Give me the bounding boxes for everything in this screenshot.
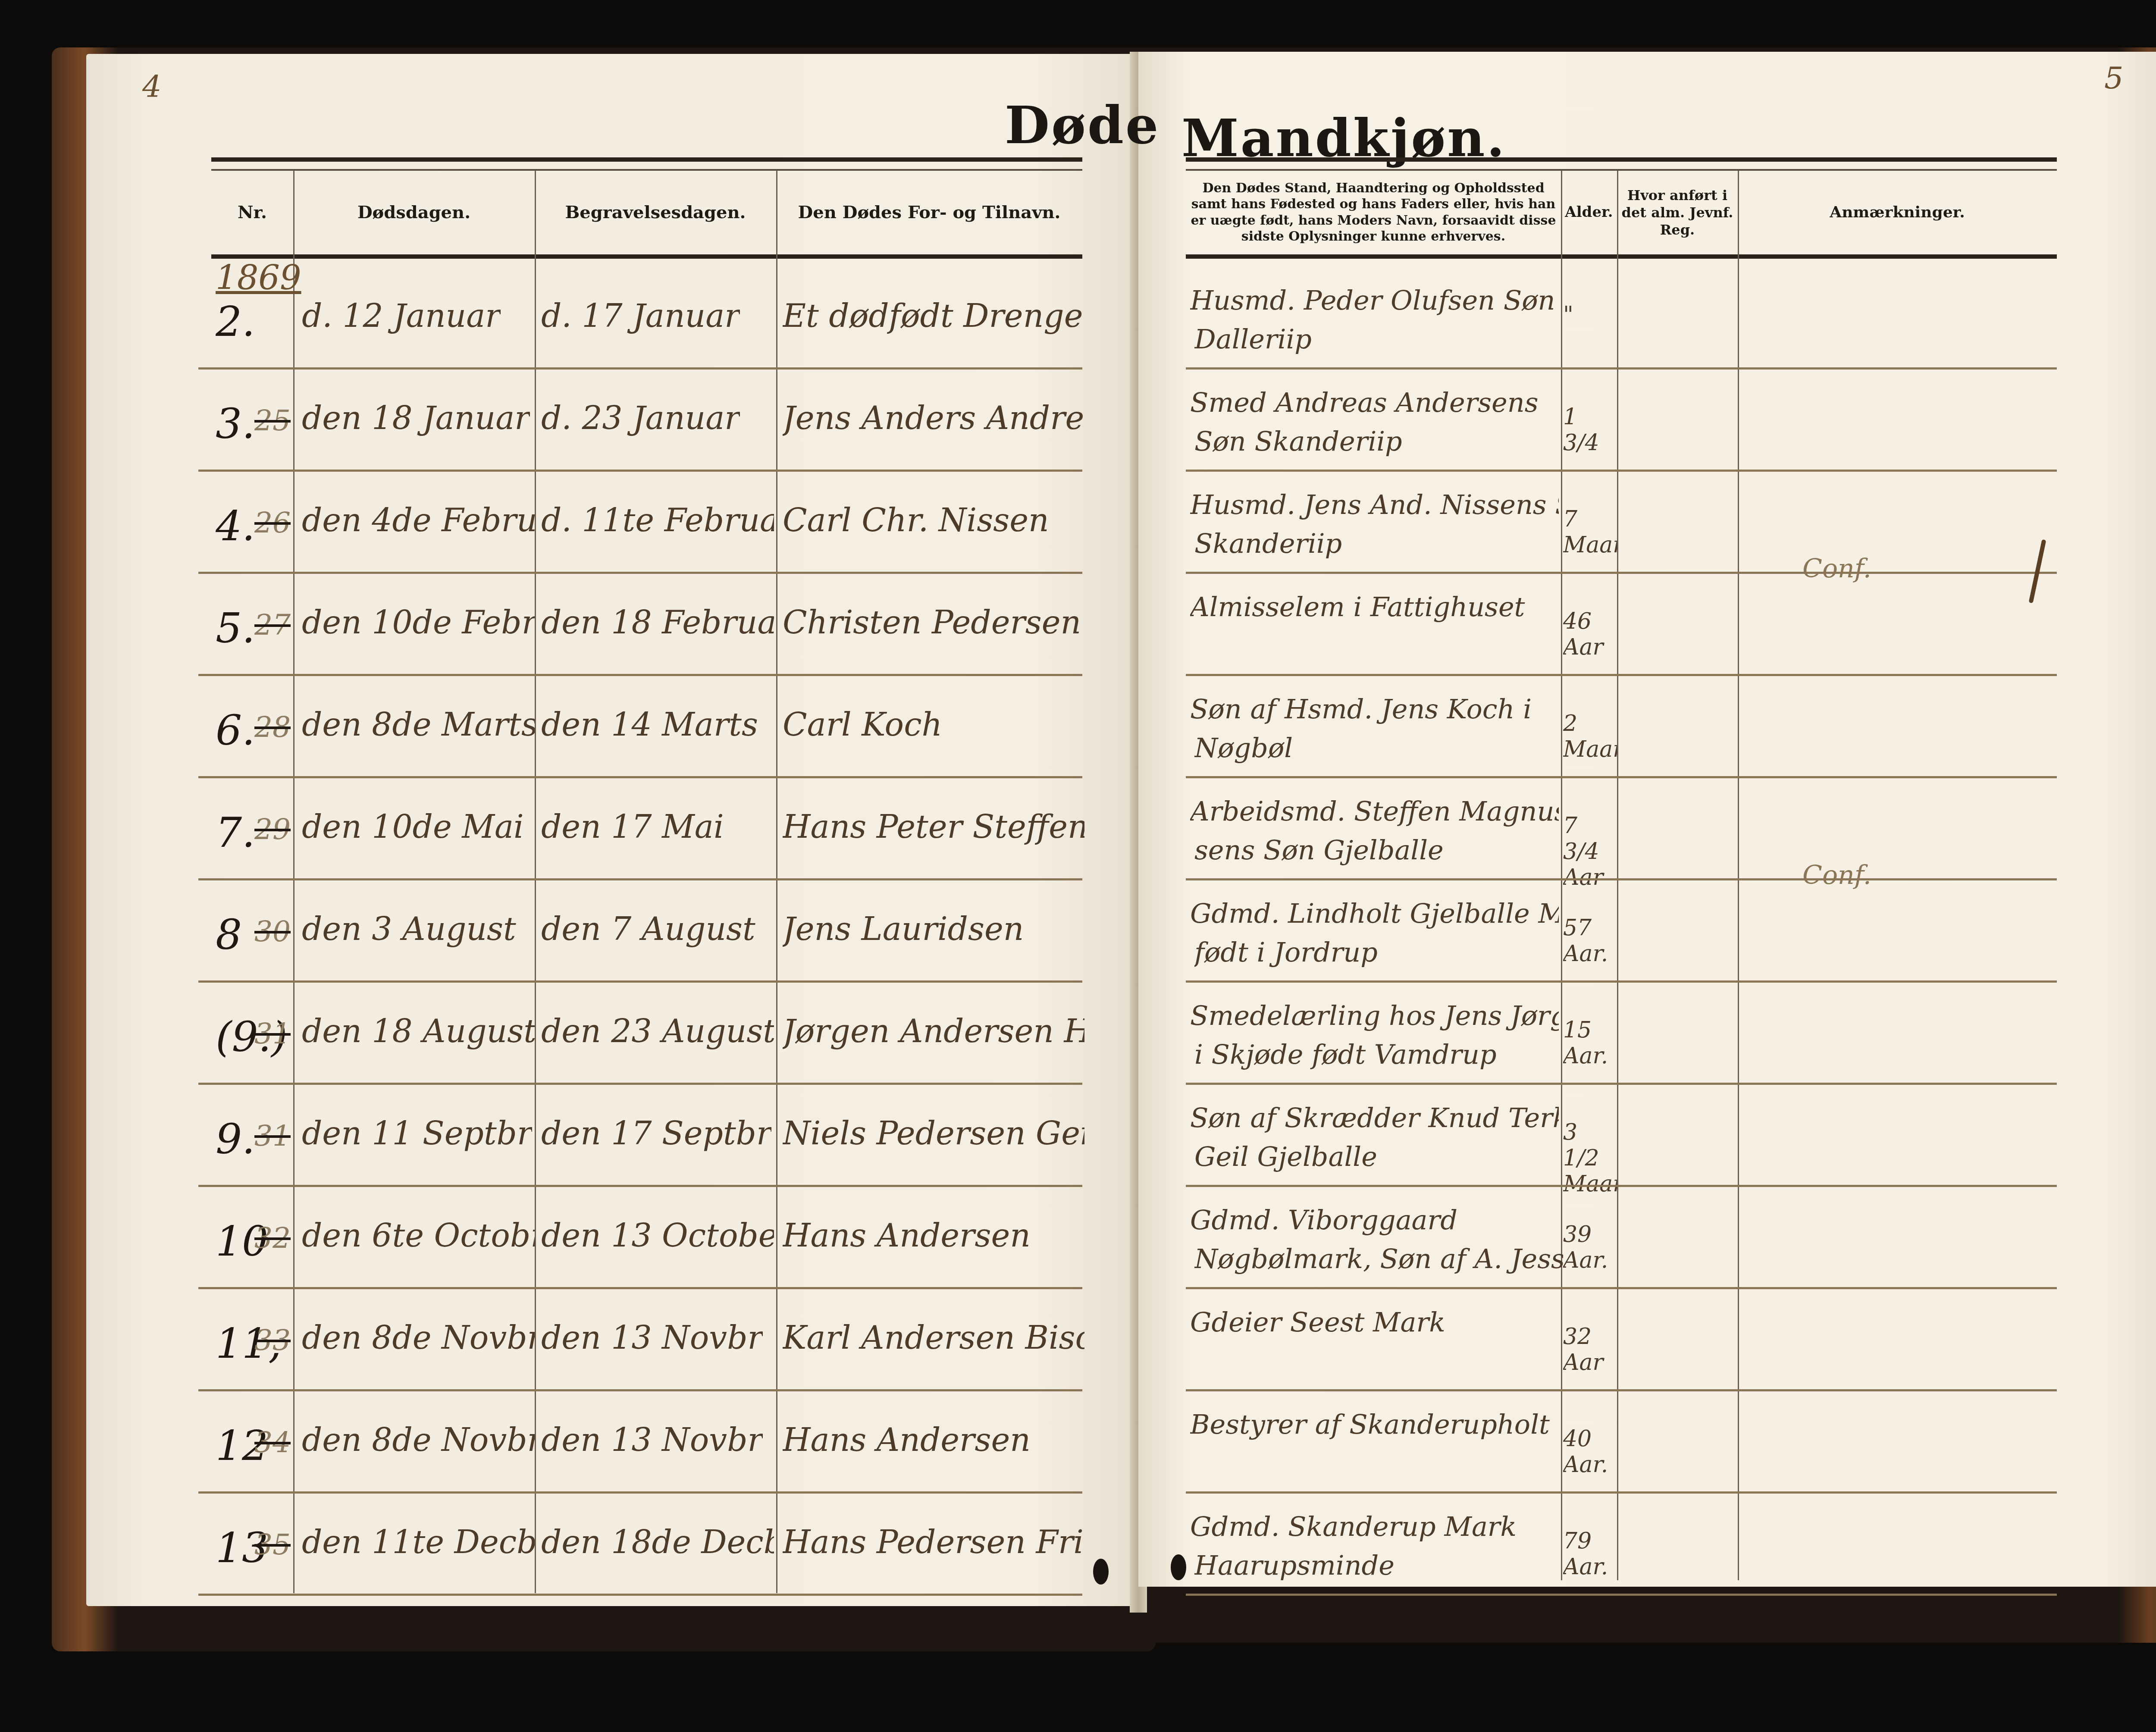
entry-status-line1: Gdmd. Viborggaard xyxy=(1190,1204,1457,1236)
entry-death-date: den 10de Februar xyxy=(302,604,535,641)
header-bottom-rule-left xyxy=(211,254,1082,259)
column-header-remarks: Anmærkninger. xyxy=(1738,172,2057,252)
header-top-rule-right xyxy=(1186,157,2057,162)
entry-name: Jens Lauridsen xyxy=(783,911,1024,948)
entry-death-date: den 11te Decbr xyxy=(302,1524,535,1561)
column-rule xyxy=(776,170,777,1593)
row-rule-left xyxy=(198,674,1082,676)
row-rule-left xyxy=(198,878,1082,880)
entry-old-number: 32 xyxy=(254,1221,291,1255)
entry-number: 2. xyxy=(216,298,255,346)
entry-old-number: 31 xyxy=(254,1119,291,1153)
entry-remark: Conf. xyxy=(1802,554,1871,584)
entry-death-date: den 8de Marts xyxy=(302,706,535,743)
entry-death-date: den 18 August xyxy=(302,1013,535,1050)
register-title-left: Døde xyxy=(1005,95,1160,156)
entry-status-line1: Søn af Skrædder Knud Terkelsen xyxy=(1190,1102,1559,1134)
row-rule-right xyxy=(1186,1594,2057,1596)
row-rule-left xyxy=(198,980,1082,983)
entry-age: 7 Maaneder xyxy=(1563,506,1617,558)
entry-status-line2: Geil Gjelballe xyxy=(1194,1141,1377,1172)
header-top-subrule-right xyxy=(1186,169,2057,171)
entry-name: Carl Chr. Nissen xyxy=(783,502,1049,539)
column-header-status: Den Dødes Stand, Haandtering og Opholdss… xyxy=(1186,172,1561,252)
entry-death-date: den 3 August xyxy=(302,911,516,948)
entry-status-line2: Haarupsminde xyxy=(1194,1550,1395,1581)
column-header-death-date: Dødsdagen. xyxy=(293,172,535,252)
row-rule-right xyxy=(1186,470,2057,472)
entry-status-line2: i Skjøde født Vamdrup xyxy=(1194,1039,1497,1070)
entry-name: Hans Peter Steffensen xyxy=(783,808,1084,846)
row-rule-right xyxy=(1186,776,2057,778)
entry-status-line2: sens Søn Gjelballe xyxy=(1194,834,1444,866)
entry-status-line1: Bestyrer af Skanderupholt xyxy=(1190,1409,1550,1440)
row-rule-left xyxy=(198,1185,1082,1187)
row-rule-right xyxy=(1186,980,2057,983)
entry-number: 6. xyxy=(216,706,255,755)
column-header-burial-date: Begravelsesdagen. xyxy=(535,172,776,252)
entry-name: Niels Pedersen Geil xyxy=(783,1115,1084,1152)
entry-status-line2: født i Jordrup xyxy=(1194,936,1378,968)
column-rule xyxy=(1561,170,1562,1580)
entry-status-line1: Smedelærling hos Jens Jørgensen xyxy=(1190,1000,1559,1031)
entry-burial-date: den 23 August paa Vamdrup Kgd. xyxy=(541,1013,774,1050)
entry-name: Hans Andersen xyxy=(783,1422,1031,1459)
header-bottom-rule-right xyxy=(1186,254,2057,259)
column-rule xyxy=(535,170,536,1593)
entry-status-line2: Søn Skanderiip xyxy=(1194,426,1402,457)
entry-age: 32 Aar xyxy=(1563,1324,1617,1375)
entry-name: Jørgen Andersen Hansen xyxy=(783,1013,1084,1050)
entry-old-number: 35 xyxy=(254,1528,291,1561)
row-rule-right xyxy=(1186,1287,2057,1289)
row-rule-left xyxy=(198,1287,1082,1289)
entry-death-date: den 18 Januar xyxy=(302,400,530,437)
row-rule-left xyxy=(198,1491,1082,1494)
row-rule-left xyxy=(198,1389,1082,1391)
entry-age: 57 Aar. xyxy=(1563,915,1617,967)
row-rule-left xyxy=(198,367,1082,370)
column-rule xyxy=(1617,170,1618,1580)
entry-age: 15 Aar. xyxy=(1563,1017,1617,1069)
column-rule xyxy=(1738,170,1739,1580)
entry-status-line1: Husmd. Jens And. Nissens Søn xyxy=(1190,489,1559,520)
entry-number: 8 xyxy=(216,911,242,959)
entry-old-number: 27 xyxy=(254,608,291,642)
entry-burial-date: den 18de Decbr xyxy=(541,1524,774,1561)
entry-death-date: d. 12 Januar xyxy=(302,298,501,335)
entry-old-number: 34 xyxy=(254,1426,291,1459)
row-rule-right xyxy=(1186,1389,2057,1391)
entry-status-line2: Skanderiip xyxy=(1194,528,1342,559)
row-rule-right xyxy=(1186,1185,2057,1187)
header-top-subrule-left xyxy=(211,169,1082,171)
entry-age: 1 3/4 xyxy=(1563,404,1617,456)
entry-burial-date: den 18 Februar xyxy=(541,604,774,641)
right-page-number: 5 xyxy=(2104,60,2124,96)
entry-death-date: den 10de Mai xyxy=(302,808,524,846)
entry-status-line1: Gdeier Seest Mark xyxy=(1190,1306,1445,1338)
entry-status-line1: Søn af Hsmd. Jens Koch i xyxy=(1190,693,1532,725)
entry-death-date: den 6te Octobr xyxy=(302,1217,535,1254)
year-marker: 1869 xyxy=(216,259,301,298)
entry-death-date: den 4de Februar xyxy=(302,502,535,539)
entry-number: 7. xyxy=(216,808,255,857)
entry-name: Christen Pedersen Madsen xyxy=(783,604,1084,641)
entry-burial-date: d. 23 Januar xyxy=(541,400,740,437)
entry-death-date: den 8de Novbr xyxy=(302,1319,535,1356)
row-rule-left xyxy=(198,776,1082,778)
entry-name: Et dødfødt Drengebarn xyxy=(783,298,1084,335)
entry-name: Hans Andersen xyxy=(783,1217,1031,1254)
entry-number: 9. xyxy=(216,1115,255,1163)
entry-burial-date: den 13 Novbr xyxy=(541,1422,763,1459)
entry-name: Jens Anders Andreasen xyxy=(783,400,1084,437)
entry-age: 2 Maaned xyxy=(1563,711,1617,762)
binding-hole xyxy=(1093,1559,1109,1585)
entry-burial-date: den 13 Novbr xyxy=(541,1319,763,1356)
entry-old-number: 31 xyxy=(254,1017,291,1050)
entry-number: 3. xyxy=(216,400,255,448)
entry-old-number: 28 xyxy=(254,711,291,744)
entry-age: 46 Aar xyxy=(1563,608,1617,660)
row-rule-left xyxy=(198,1083,1082,1085)
row-rule-right xyxy=(1186,878,2057,880)
entry-number: 4. xyxy=(216,502,255,550)
entry-age: 39 Aar. xyxy=(1563,1221,1617,1273)
entry-death-date: den 11 Septbr xyxy=(302,1115,532,1152)
entry-death-date: den 8de Novbr xyxy=(302,1422,535,1459)
entry-age: " xyxy=(1563,302,1573,328)
entry-old-number: 25 xyxy=(254,404,291,437)
entry-burial-date: den 17 Septbr xyxy=(541,1115,771,1152)
row-rule-left xyxy=(198,470,1082,472)
entry-number: 5. xyxy=(216,604,255,652)
entry-age: 79 Aar. xyxy=(1563,1528,1617,1580)
column-header-age: Alder. xyxy=(1561,172,1617,252)
entry-status-line2: Nøgbølmark, Søn af A. Jessen xyxy=(1194,1243,1563,1275)
entry-status-line1: Gdmd. Skanderup Mark xyxy=(1190,1511,1517,1542)
row-rule-left xyxy=(198,1594,1082,1596)
row-rule-right xyxy=(1186,1083,2057,1085)
row-rule-left xyxy=(198,572,1082,574)
column-header-register-ref: Hvor anført i det alm. Jevnf. Reg. xyxy=(1617,172,1738,252)
entry-burial-date: den 14 Marts xyxy=(541,706,758,743)
entry-burial-date: den 13 October xyxy=(541,1217,774,1254)
entry-burial-date: den 7 August xyxy=(541,911,755,948)
column-header-name: Den Dødes For- og Tilnavn. xyxy=(776,172,1082,252)
column-header-nr: Nr. xyxy=(211,172,293,252)
entry-name: Karl Andersen Bisch xyxy=(783,1319,1084,1356)
binding-hole xyxy=(1171,1554,1186,1580)
header-top-rule-left xyxy=(211,157,1082,162)
entry-name: Carl Koch xyxy=(783,706,942,743)
entry-status-line1: Husmd. Peder Olufsen Søn xyxy=(1190,285,1555,316)
entry-status-line2: Nøgbøl xyxy=(1194,732,1293,764)
entry-old-number: 30 xyxy=(254,915,291,948)
entry-old-number: 33 xyxy=(254,1324,291,1357)
row-rule-right xyxy=(1186,572,2057,574)
entry-old-number: 26 xyxy=(254,506,291,539)
entry-status-line2: Dalleriip xyxy=(1194,323,1312,355)
entry-burial-date: den 17 Mai xyxy=(541,808,724,846)
entry-status-line1: Gdmd. Lindholt Gjelballe Mark xyxy=(1190,898,1559,929)
entry-age: 40 Aar. xyxy=(1563,1426,1617,1478)
entry-status-line1: Smed Andreas Andersens xyxy=(1190,387,1539,418)
entry-remark: Conf. xyxy=(1802,860,1871,890)
row-rule-right xyxy=(1186,367,2057,370)
entry-name: Hans Pedersen Friis xyxy=(783,1524,1084,1561)
entry-status-line1: Arbeidsmd. Steffen Magnussen Kruse xyxy=(1190,796,1559,827)
column-rule xyxy=(293,170,295,1593)
row-rule-right xyxy=(1186,1491,2057,1494)
entry-old-number: 29 xyxy=(254,813,291,846)
entry-burial-date: d. 17 Januar xyxy=(541,298,740,335)
left-page-number: 4 xyxy=(142,69,162,104)
entry-burial-date: d. 11te Februar xyxy=(541,502,774,539)
row-rule-right xyxy=(1186,674,2057,676)
entry-status-line1: Almisselem i Fattighuset xyxy=(1190,591,1525,623)
